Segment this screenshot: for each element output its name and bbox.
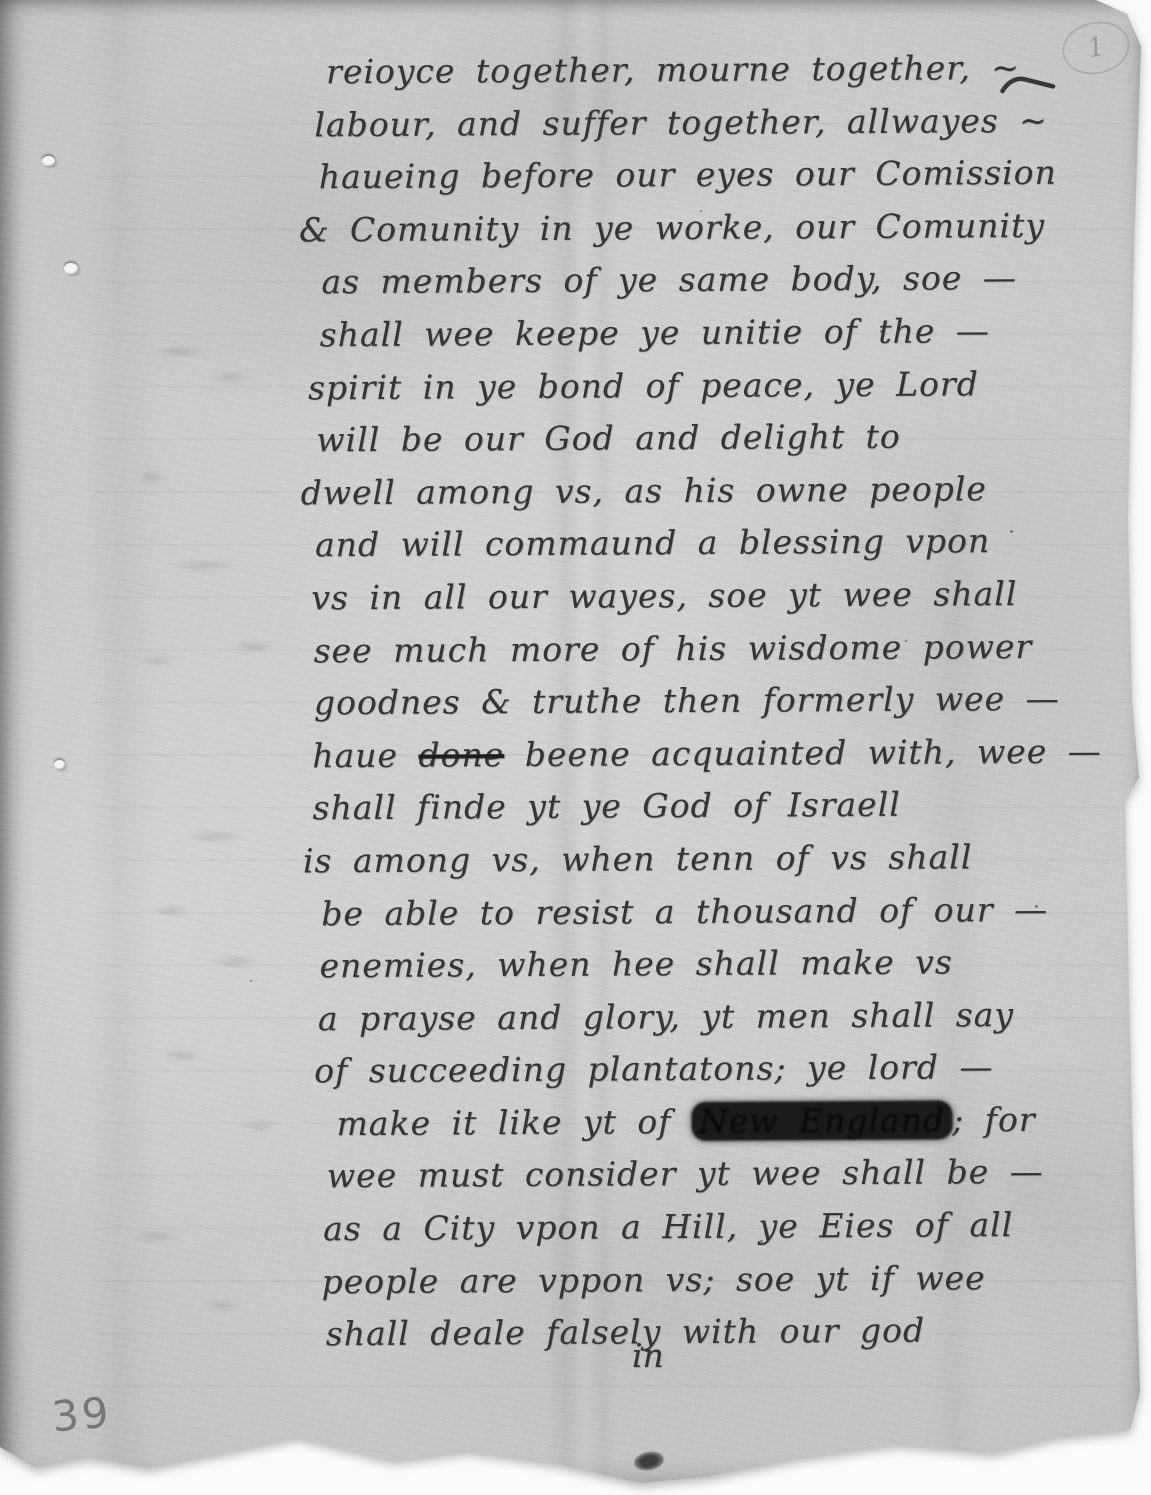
paper-shadow-wrap: reioyce together, mourne together, ~ lab… <box>0 0 1151 1495</box>
paper-sheet: reioyce together, mourne together, ~ lab… <box>0 0 1151 1495</box>
edge-vignette <box>0 0 1151 1495</box>
manuscript-scan: reioyce together, mourne together, ~ lab… <box>0 0 1151 1495</box>
